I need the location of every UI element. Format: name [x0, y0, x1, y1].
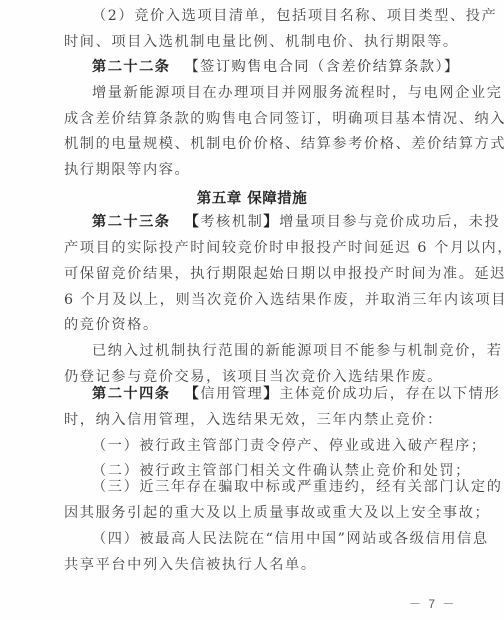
article-number: 第二十三条 — [92, 214, 170, 230]
text-line: 已纳入过机制执行范围的新能源项目不能参与机制竞价，若 — [92, 341, 472, 361]
text-line: 成含差价结算条款的购售电合同签订，明确项目基本情况、纳入 — [64, 109, 444, 129]
document-page: （2）竞价入选项目清单，包括项目名称、项目类型、投产 时间、项目入选机制电量比例… — [0, 0, 504, 620]
text-line: 主体竞价成功后，存在以下情形 — [279, 386, 500, 402]
text-line: 产项目的实际投产时间较竞价时申报投产时间延迟 6 个月以内， — [64, 238, 444, 258]
text-line: 的竞价资格。 — [64, 315, 444, 335]
article-number: 第二十二条 — [92, 59, 170, 75]
text-line: （2）竞价入选项目清单，包括项目名称、项目类型、投产 — [92, 6, 472, 26]
list-item: （四）被最高人民法院在“信用中国”网站或各级信用信息 — [92, 529, 472, 549]
text-line: 可保留竞价结果，执行期限起始日期以申报投产时间为准。延迟 — [64, 264, 444, 284]
bracket-open: 【 — [184, 386, 200, 402]
text-line: 机制的电量规模、机制电价价格、结算参考价格、差价结算方式、 — [64, 134, 444, 154]
article-22-heading: 第二十二条【签订购售电合同（含差价结算条款）】 — [92, 57, 472, 77]
text-line: 增量项目参与竞价成功后，未投 — [279, 214, 500, 230]
chapter-title: 第五章 保障措施 — [0, 187, 504, 208]
text-line: 增量新能源项目在办理项目并网服务流程时，与电网企业完 — [92, 83, 472, 103]
text-line: 共享平台中列入失信被执行人名单。 — [64, 555, 444, 575]
article-23-heading: 第二十三条【考核机制】增量项目参与竞价成功后，未投 — [92, 212, 472, 232]
article-number: 第二十四条 — [92, 386, 170, 402]
text-line: 因其服务引起的重大及以上质量事故或重大及以上安全事故； — [64, 503, 444, 523]
text-line: 时间、项目入选机制电量比例、机制电价、执行期限等。 — [64, 32, 444, 52]
bracket-close: 】 — [263, 386, 279, 402]
article-heading: 考核机制 — [200, 214, 263, 230]
text-line: 6 个月及以上，则当次竞价入选结果作废，并取消三年内该项目 — [64, 290, 444, 310]
bracket-open: 【 — [184, 214, 200, 230]
article-heading: 信用管理 — [200, 386, 263, 402]
article-heading: 【签订购售电合同（含差价结算条款）】 — [184, 59, 459, 75]
bracket-close: 】 — [263, 214, 279, 230]
list-item: （一）被行政主管部门责令停产、停业或进入破产程序； — [92, 436, 472, 456]
text-line: 执行期限等内容。 — [64, 160, 444, 180]
page-number: － 7 － — [409, 595, 456, 612]
text-line: 时，纳入信用管理，入选结果无效，三年内禁止竞价： — [64, 410, 444, 430]
article-24-heading: 第二十四条【信用管理】主体竞价成功后，存在以下情形 — [92, 384, 472, 404]
list-item: （三）近三年存在骗取中标或严重违约，经有关部门认定的 — [92, 477, 472, 497]
